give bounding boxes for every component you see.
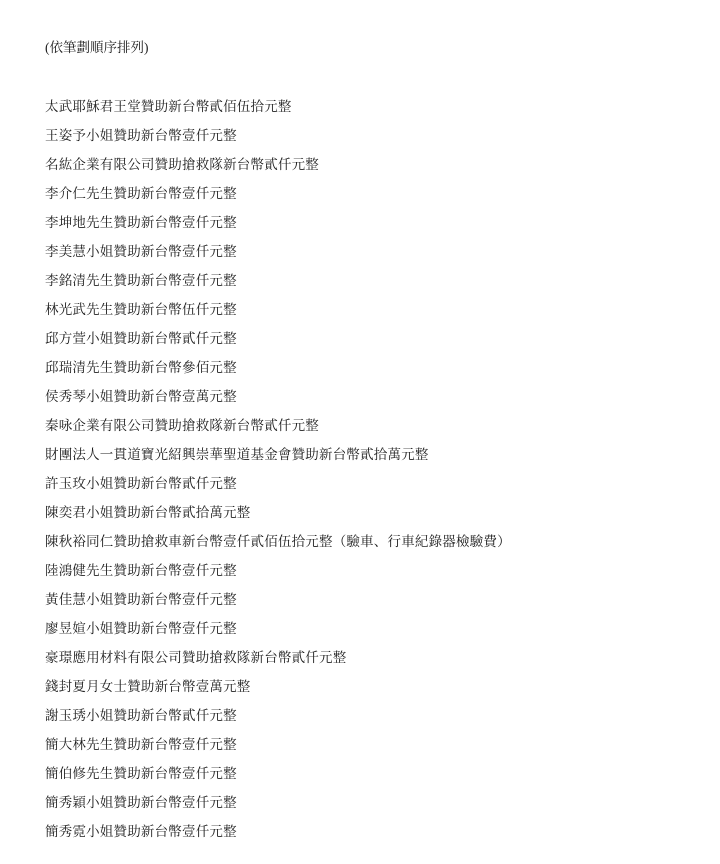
donor-line: 李坤地先生贊助新台幣壹仟元整: [45, 214, 710, 243]
donor-line: 陳秋裕同仁贊助搶救車新台幣壹仟貳佰伍拾元整（驗車、行車紀錄器檢驗費）: [45, 533, 710, 562]
donor-line: 侯秀琴小姐贊助新台幣壹萬元整: [45, 388, 710, 417]
donor-line: 李介仁先生贊助新台幣壹仟元整: [45, 185, 710, 214]
donor-line: 邱方萱小姐贊助新台幣貳仟元整: [45, 330, 710, 359]
donor-line: 簡大林先生贊助新台幣壹仟元整: [45, 736, 710, 765]
donor-line: 邱瑞清先生贊助新台幣參佰元整: [45, 359, 710, 388]
donor-line: 黃佳慧小姐贊助新台幣壹仟元整: [45, 591, 710, 620]
donor-line: 簡伯修先生贊助新台幣壹仟元整: [45, 765, 710, 794]
donor-line: 廖昱媗小姐贊助新台幣壹仟元整: [45, 620, 710, 649]
donor-line: 陸鴻健先生贊助新台幣壹仟元整: [45, 562, 710, 591]
donor-line: 簡秀穎小姐贊助新台幣壹仟元整: [45, 794, 710, 823]
donor-list: 太武耶穌君王堂贊助新台幣貳佰伍拾元整王姿予小姐贊助新台幣壹仟元整名紘企業有限公司…: [45, 98, 710, 852]
donor-line: 名紘企業有限公司贊助搶救隊新台幣貳仟元整: [45, 156, 710, 185]
sort-order-note: (依筆劃順序排列): [45, 40, 149, 56]
donor-line: 林光武先生贊助新台幣伍仟元整: [45, 301, 710, 330]
donor-line: 太武耶穌君王堂贊助新台幣貳佰伍拾元整: [45, 98, 710, 127]
donor-line: 豪璟應用材料有限公司贊助搶救隊新台幣貳仟元整: [45, 649, 710, 678]
donor-line: 謝玉琇小姐贊助新台幣貳仟元整: [45, 707, 710, 736]
donor-line: 許玉玫小姐贊助新台幣貳仟元整: [45, 475, 710, 504]
donor-line: 李銘清先生贊助新台幣壹仟元整: [45, 272, 710, 301]
donor-line: 簡秀霓小姐贊助新台幣壹仟元整: [45, 823, 710, 852]
donor-line: 錢封夏月女士贊助新台幣壹萬元整: [45, 678, 710, 707]
donor-line: 財團法人一貫道寶光紹興崇華聖道基金會贊助新台幣貳拾萬元整: [45, 446, 710, 475]
donor-line: 陳奕君小姐贊助新台幣貳拾萬元整: [45, 504, 710, 533]
donor-line: 李美慧小姐贊助新台幣壹仟元整: [45, 243, 710, 272]
document-page: (依筆劃順序排列) 太武耶穌君王堂贊助新台幣貳佰伍拾元整王姿予小姐贊助新台幣壹仟…: [0, 0, 720, 864]
donor-line: 秦咏企業有限公司贊助搶救隊新台幣貳仟元整: [45, 417, 710, 446]
donor-line: 王姿予小姐贊助新台幣壹仟元整: [45, 127, 710, 156]
